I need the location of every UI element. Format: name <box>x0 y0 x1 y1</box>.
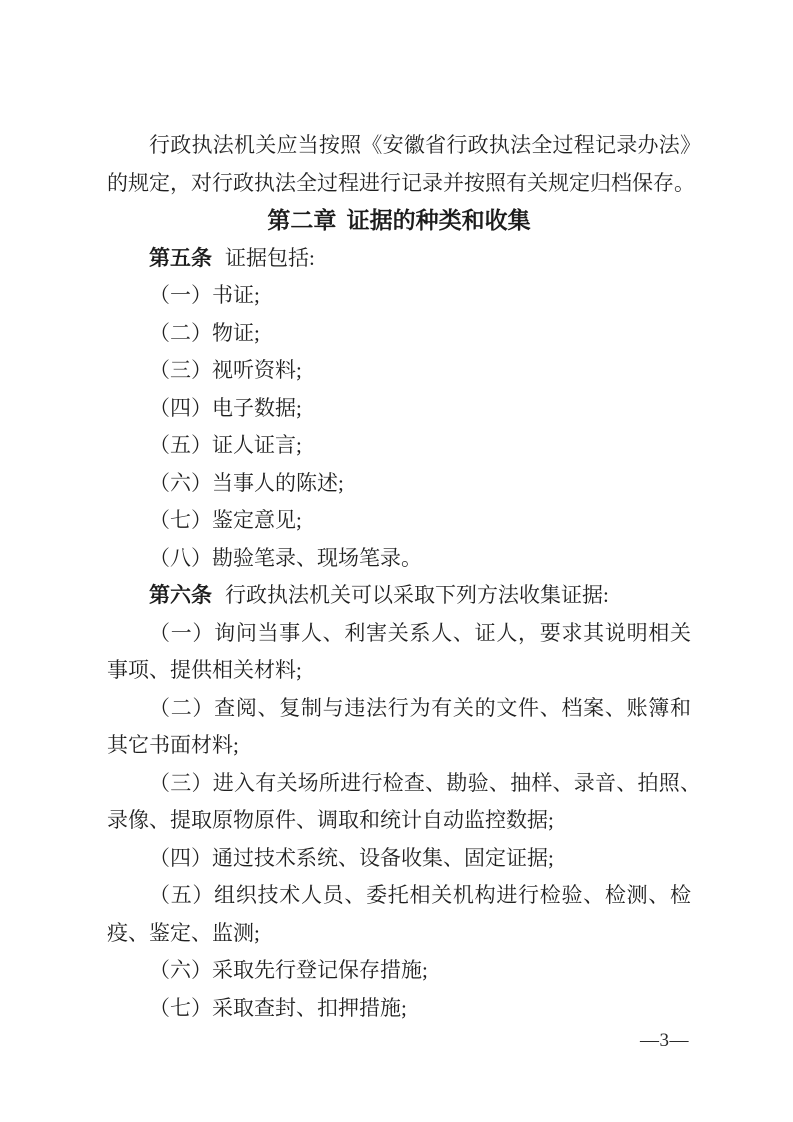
page-number: —3— <box>640 1026 689 1056</box>
article-6-item-5: （五）组织技术人员、委托相关机构进行检验、检测、检疫、鉴定、监测; <box>107 877 691 952</box>
article-6-item-1: （一）询问当事人、利害关系人、证人，要求其说明相关事项、提供相关材料; <box>107 615 691 690</box>
document-page: 行政执法机关应当按照《安徽省行政执法全过程记录办法》的规定，对行政执法全过程进行… <box>0 0 793 1122</box>
article-5-label: 第五条 <box>149 247 212 270</box>
document-body: 行政执法机关应当按照《安徽省行政执法全过程记录办法》的规定，对行政执法全过程进行… <box>107 127 691 1027</box>
article-5-item-6: （六）当事人的陈述; <box>107 465 691 503</box>
article-6-item-7: （七）采取查封、扣押措施; <box>107 990 691 1028</box>
chapter-number: 第二章 <box>267 207 336 233</box>
article-6-item-3: （三）进入有关场所进行检查、勘验、抽样、录音、拍照、录像、提取原物原件、调取和统… <box>107 765 701 840</box>
article-6-item-4: （四）通过技术系统、设备收集、固定证据; <box>107 840 691 878</box>
article-6-item-6: （六）采取先行登记保存措施; <box>107 952 691 990</box>
article-6-item-2: （二）查阅、复制与违法行为有关的文件、档案、账簿和其它书面材料; <box>107 690 691 765</box>
chapter-heading: 第二章证据的种类和收集 <box>107 202 691 240</box>
article-6-label: 第六条 <box>149 584 212 607</box>
article-5-lead: 第五条证据包括: <box>107 240 691 278</box>
article-5-item-7: （七）鉴定意见; <box>107 502 691 540</box>
article-5-item-4: （四）电子数据; <box>107 390 691 428</box>
intro-paragraph: 行政执法机关应当按照《安徽省行政执法全过程记录办法》的规定，对行政执法全过程进行… <box>107 127 701 202</box>
article-5-lead-text: 证据包括: <box>225 246 315 270</box>
article-5-item-5: （五）证人证言; <box>107 427 691 465</box>
article-6-lead: 第六条行政执法机关可以采取下列方法收集证据: <box>107 577 691 615</box>
article-5-item-3: （三）视听资料; <box>107 352 691 390</box>
article-5-item-1: （一）书证; <box>107 277 691 315</box>
article-5-item-2: （二）物证; <box>107 315 691 353</box>
article-6-lead-text: 行政执法机关可以采取下列方法收集证据: <box>225 583 609 607</box>
article-5-item-8: （八）勘验笔录、现场笔录。 <box>107 540 691 578</box>
chapter-title: 证据的种类和收集 <box>347 207 531 233</box>
